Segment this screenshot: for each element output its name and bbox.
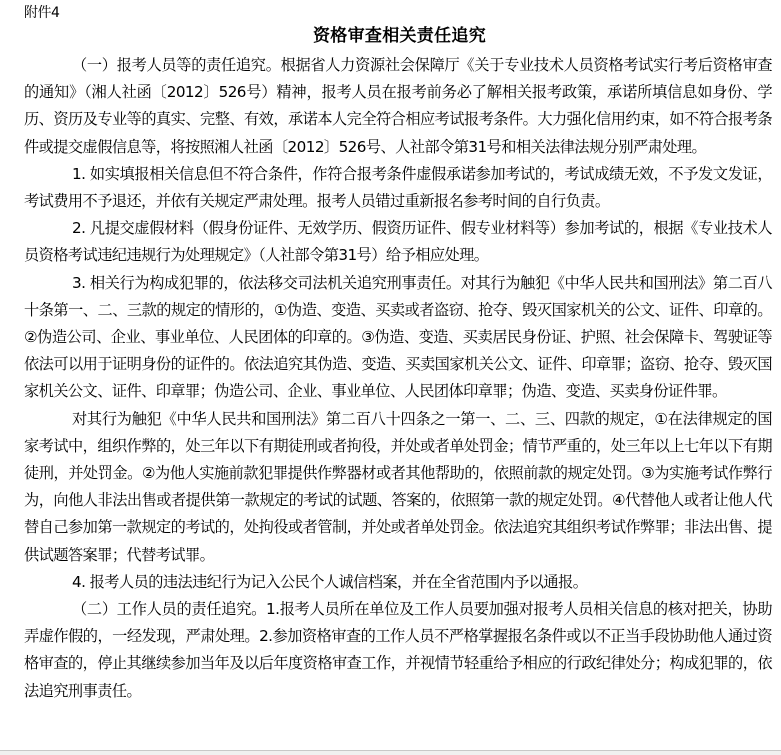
document-body: （一）报考人员等的责任追究。根据省人力资源社会保障厅《关于专业技术人员资格考试实… xyxy=(24,52,772,705)
document-page: 附件4 资格审查相关责任追究 （一）报考人员等的责任追究。根据省人力资源社会保障… xyxy=(0,0,781,750)
attachment-label: 附件4 xyxy=(24,3,59,23)
paragraph-item-3-continued: 对其行为触犯《中华人民共和国刑法》第二百八十四条之一第一、二、三、四款的规定，①… xyxy=(24,406,772,569)
paragraph-section-2: （二）工作人员的责任追究。1.报考人员所在单位及工作人员要加强对报考人员相关信息… xyxy=(24,596,772,705)
paragraph-item-4: 4. 报考人员的违法违纪行为记入公民个人诚信档案，并在全省范围内予以通报。 xyxy=(24,569,772,596)
paragraph-item-2: 2. 凡提交虚假材料（假身份证件、无效学历、假资历证件、假专业材料等）参加考试的… xyxy=(24,215,772,269)
paragraph-item-1: 1. 如实填报相关信息但不符合条件，作符合报考条件虚假承诺参加考试的，考试成绩无… xyxy=(24,161,772,215)
page-bottom-divider xyxy=(0,750,781,755)
paragraph-item-3: 3. 相关行为构成犯罪的，依法移交司法机关追究刑事责任。对其行为触犯《中华人民共… xyxy=(24,270,772,406)
paragraph-section-1-intro: （一）报考人员等的责任追究。根据省人力资源社会保障厅《关于专业技术人员资格考试实… xyxy=(24,52,772,161)
document-title: 资格审查相关责任追究 xyxy=(313,24,486,48)
